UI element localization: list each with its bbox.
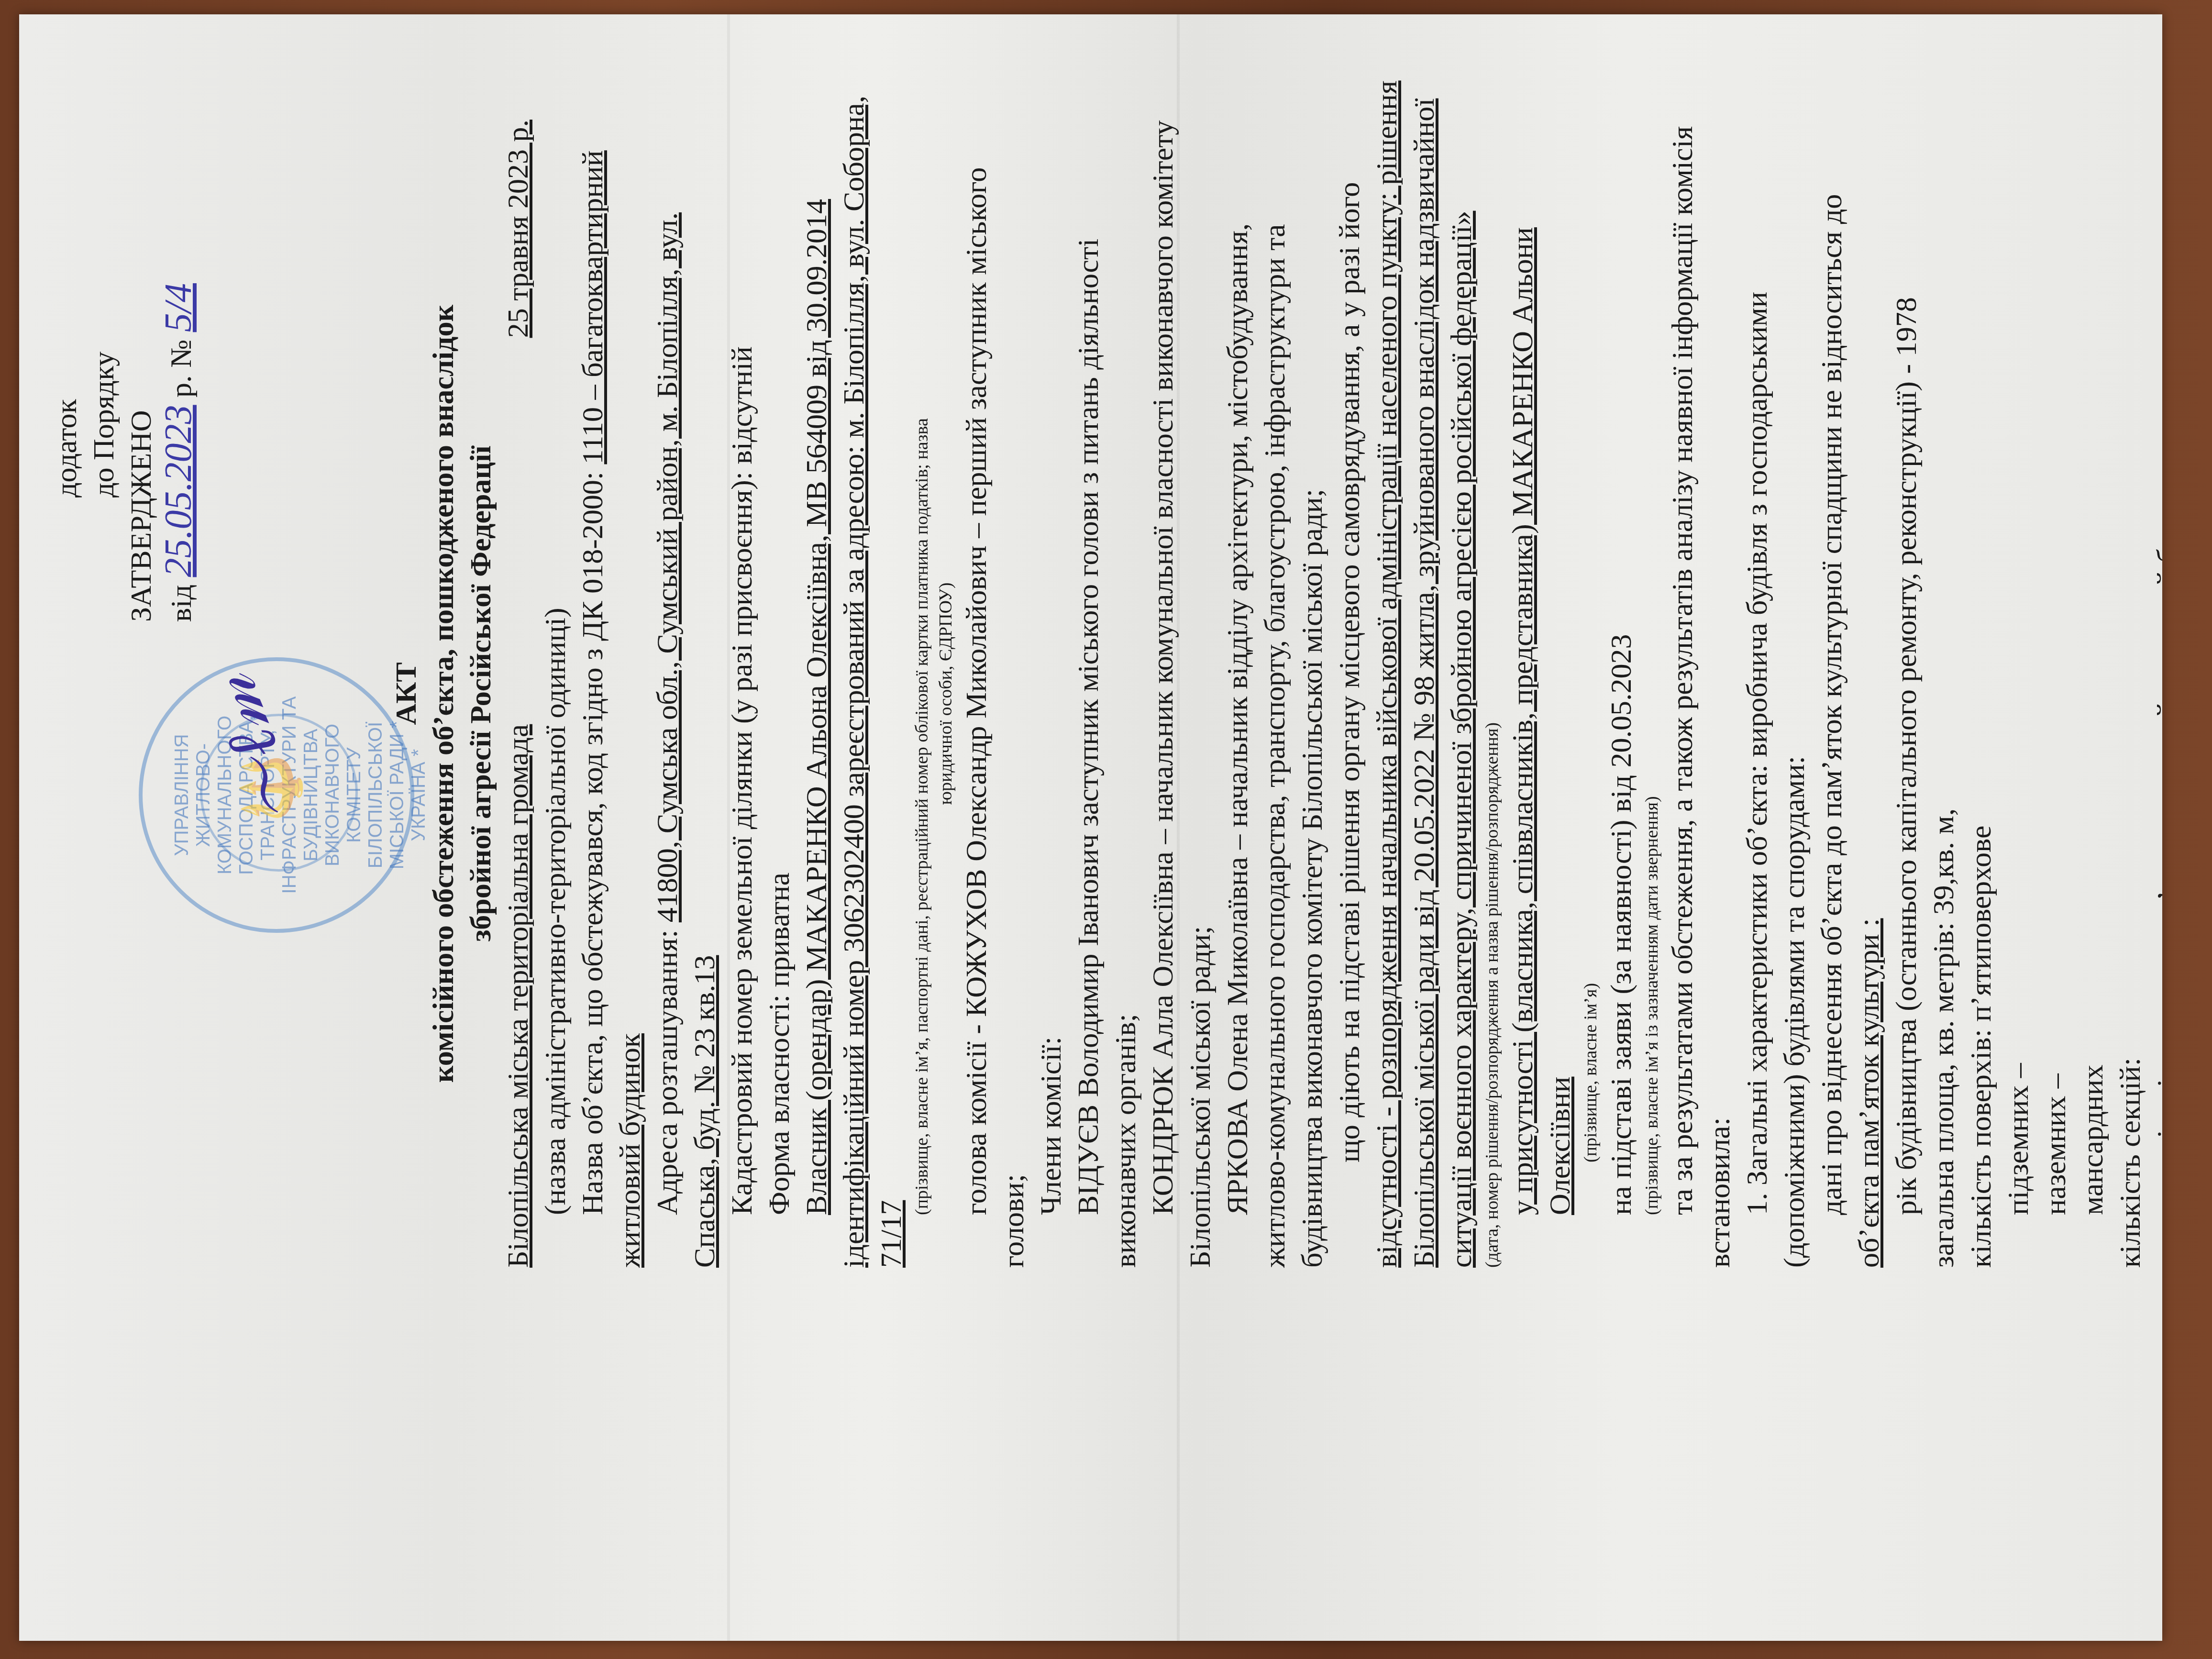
object-name-line: Назва об’єкта, що обстежувався, код згід… bbox=[574, 120, 611, 1268]
basis-caption: (дата, номер рішення/розпорядження а наз… bbox=[1480, 120, 1504, 1268]
address-value-2: Спаська, буд. № 23 кв.13 bbox=[686, 120, 723, 1268]
community-name: Білопільська міська територіальна громад… bbox=[502, 724, 534, 1268]
member-1-line-1: ВІДУЄВ Володимир Іванович заступник місь… bbox=[1070, 120, 1107, 1268]
owner-line-1: Власник (орендар) МАКАРЕНКО Альона Олекс… bbox=[798, 120, 835, 1268]
member-3-line-2: житлово-комунального господарства, транс… bbox=[1256, 120, 1294, 1268]
owner-line-2: ідентифікаційний номер 3062302400 зареєс… bbox=[835, 120, 873, 1268]
object-name-value: 1110 – багатоквартирний bbox=[576, 150, 609, 464]
owner-line-3: 71/17 bbox=[873, 120, 910, 1268]
underground-floors: підземних – bbox=[2000, 120, 2037, 1268]
heritage-line-2: об’єкта пам’яток культури : bbox=[1850, 120, 1888, 1268]
results-line-2: встановила: bbox=[1701, 120, 1738, 1268]
object-name-label: Назва об’єкта, що обстежувався, код згід… bbox=[576, 472, 609, 1215]
member-1-line-2: виконавчих органів; bbox=[1107, 120, 1144, 1268]
characteristics-line-1: 1. Загальні характеристики об’єкта: виро… bbox=[1738, 120, 1776, 1268]
commission-head-line-1: голова комісії - КОЖУХОВ Олександр Микол… bbox=[958, 120, 995, 1268]
address-value: 41800, Сумська обл., Сумський район, м. … bbox=[651, 212, 684, 922]
document-title: АКТ bbox=[387, 120, 425, 1268]
community-line: Білопільська міська територіальна громад… bbox=[499, 120, 537, 1268]
basis-line-3: Білопільської міської ради від 20.05.202… bbox=[1405, 120, 1443, 1268]
aboveground-floors: наземних – bbox=[2037, 120, 2074, 1268]
presence-caption: (прізвище, власне ім’я) bbox=[1579, 120, 1603, 1268]
ownership-form: Форма власності: приватна bbox=[761, 120, 798, 1268]
commission-head-line-2: голови; bbox=[995, 120, 1032, 1268]
address-line: Адреса розташування: 41800, Сумська обл.… bbox=[649, 120, 686, 1268]
total-area: загальна площа, кв. метрів: 39,кв. м, bbox=[1925, 120, 1962, 1268]
title-line-2: збройної агресії Російської Федерації bbox=[462, 120, 499, 1268]
heritage-line-1: дані про віднесення об’єкта до пам’яток … bbox=[1813, 120, 1850, 1268]
owner-caption-2: юридичної особи, ЄДРПОУ) bbox=[934, 120, 958, 1268]
cadastral-number: Кадастровий номер земельної ділянки (у р… bbox=[723, 120, 761, 1268]
sections-count: кількість секцій: bbox=[2112, 120, 2149, 1268]
presence-line-1: у присутності (власника, співвласників, … bbox=[1504, 120, 1541, 1268]
application-caption: (прізвище, власне ім’я із зазначенням да… bbox=[1640, 120, 1664, 1268]
document-sheet: УПРАВЛІННЯ ЖИТЛОВО-КОМУНАЛЬНОГО ГОСПОДАР… bbox=[19, 14, 2162, 1641]
results-line-1: та за результатами обстеження, а також р… bbox=[1664, 120, 1701, 1268]
address-label: Адреса розташування: bbox=[651, 930, 684, 1215]
member-2-line-1: КОНДРЮК Алла Олексіївна – начальник кому… bbox=[1144, 120, 1182, 1268]
basis-line-4: ситуації воєнного характеру, спричиненої… bbox=[1443, 120, 1480, 1268]
title-line-1: комісійного обстеження об’єкта, пошкодже… bbox=[425, 120, 462, 1268]
object-name-value-2: житловий будинок bbox=[611, 120, 649, 1268]
members-label: Члени комісії: bbox=[1032, 120, 1070, 1268]
rotated-page: УПРАВЛІННЯ ЖИТЛОВО-КОМУНАЛЬНОГО ГОСПОДАР… bbox=[19, 14, 2162, 1641]
member-3-line-3: будівництва виконавчого комітету Білопіл… bbox=[1294, 120, 1331, 1268]
document-body: АКТ комісійного обстеження об’єкта, пошк… bbox=[91, 120, 2162, 1268]
member-2-line-2: Білопільської міської ради; bbox=[1182, 120, 1219, 1268]
title-block: АКТ комісійного обстеження об’єкта, пошк… bbox=[387, 120, 499, 1268]
basis-line-2: відсутності - розпорядження начальника в… bbox=[1368, 120, 1405, 1268]
community-caption: (назва адміністративно-територіальної од… bbox=[537, 120, 574, 1268]
apartments-count: загальна кількість квартир: п’ятиповерхо… bbox=[2149, 120, 2162, 1268]
attic-floors: мансардних bbox=[2074, 120, 2112, 1268]
characteristics-line-2: (допоміжними) будівлями та спорудами: bbox=[1776, 120, 1813, 1268]
year-built: рік будівництва (останнього капітального… bbox=[1888, 120, 1925, 1268]
application-line: на підставі заяви (за наявності) від 20.… bbox=[1603, 120, 1640, 1268]
presence-line-2: Олексіївни bbox=[1541, 120, 1579, 1268]
floors-count: кількість поверхів: п’ятиповерхове bbox=[1962, 120, 2000, 1268]
appendix-label: додаток bbox=[48, 144, 85, 622]
basis-line-1: що діють на підставі рішення органу місц… bbox=[1331, 120, 1368, 1268]
member-3-line-1: ЯРКОВА Олена Миколаївна – начальник відд… bbox=[1219, 120, 1256, 1268]
owner-caption-1: (прізвище, власне ім’я, паспортні дані, … bbox=[910, 120, 934, 1268]
act-date: 25 травня 2023 р. bbox=[499, 120, 537, 338]
